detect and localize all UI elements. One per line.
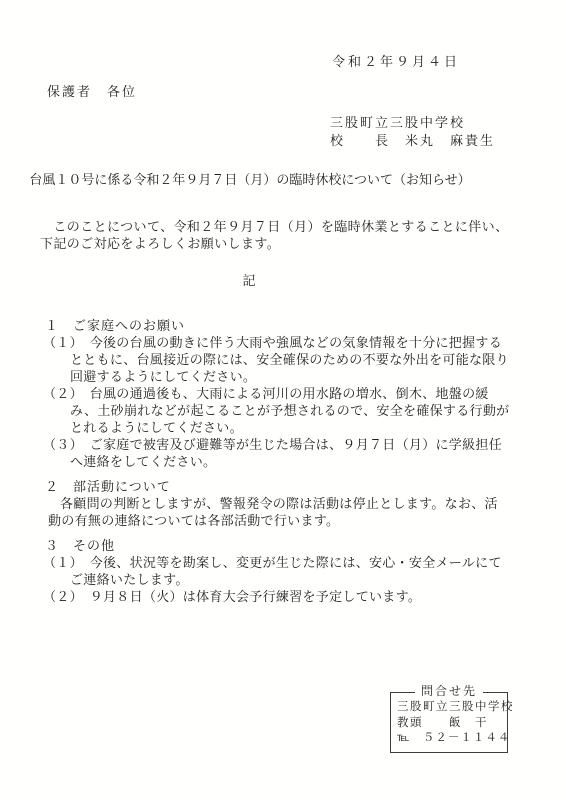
section-heading: ２ 部活動について bbox=[40, 478, 510, 495]
sender-block: 三股町立三股中学校 校 長 米丸 麻貴生 bbox=[330, 114, 495, 150]
intro-paragraph: このことについて、令和２年９月７日（月）を臨時休業とすることに伴い、下記のご対応… bbox=[40, 218, 510, 252]
section-item: （３） ご家庭で被害及び避難等が生じた場合は、９月７日（月）に学級担任へ連絡をし… bbox=[40, 436, 510, 470]
section-heading: １ ご家庭へのお願い bbox=[40, 317, 510, 334]
section-item: （２） ９月８日（火）は体育大会予行練習を予定しています。 bbox=[40, 588, 510, 605]
sender-school-line: 三股町立三股中学校 bbox=[330, 114, 495, 132]
document-title: 台風１０号に係る令和２年９月７日（月）の臨時休校について（お知らせ） bbox=[15, 171, 485, 188]
section-item: （１） 今後の台風の動きに伴う大雨や強風などの気象情報を十分に把握するとともに、… bbox=[40, 334, 510, 385]
section-other: ３ その他 （１） 今後、状況等を勘案し、変更が生じた際には、安心・安全メールに… bbox=[40, 537, 510, 605]
contact-person-line: 教頭 飯 干 bbox=[397, 716, 501, 732]
contact-box-label: 問合せ先 bbox=[415, 684, 483, 700]
section-item: （２） 台風の通過後も、大雨による河川の用水路の増水、倒木、地盤の緩み、土砂崩れ… bbox=[40, 385, 510, 436]
section-families: １ ご家庭へのお願い （１） 今後の台風の動きに伴う大雨や強風などの気象情報を十… bbox=[40, 317, 510, 470]
section-body: 各顧問の判断としますが、警報発令の際は活動は停止とします。なお、活動の有無の連絡… bbox=[40, 495, 510, 529]
section-club-activities: ２ 部活動について 各顧問の判断としますが、警報発令の際は活動は停止とします。な… bbox=[40, 478, 510, 529]
section-heading: ３ その他 bbox=[40, 537, 510, 554]
recipient-line: 保護者 各位 bbox=[40, 83, 510, 100]
sender-principal-line: 校 長 米丸 麻貴生 bbox=[330, 132, 495, 150]
contact-box: 問合せ先 三股町立三股中学校 教頭 飯 干 ℡ ５２－１１４４ bbox=[390, 692, 508, 753]
contact-tel-line: ℡ ５２－１１４４ bbox=[397, 731, 501, 747]
record-marker: 記 bbox=[15, 272, 485, 289]
contact-school-line: 三股町立三股中学校 bbox=[397, 700, 501, 716]
date-line: 令和２年９月４日 bbox=[40, 53, 510, 70]
section-item: （１） 今後、状況等を勘案し、変更が生じた際には、安心・安全メールにてご連絡いた… bbox=[40, 554, 510, 588]
document-page: 令和２年９月４日 保護者 各位 三股町立三股中学校 校 長 米丸 麻貴生 台風１… bbox=[0, 0, 566, 800]
